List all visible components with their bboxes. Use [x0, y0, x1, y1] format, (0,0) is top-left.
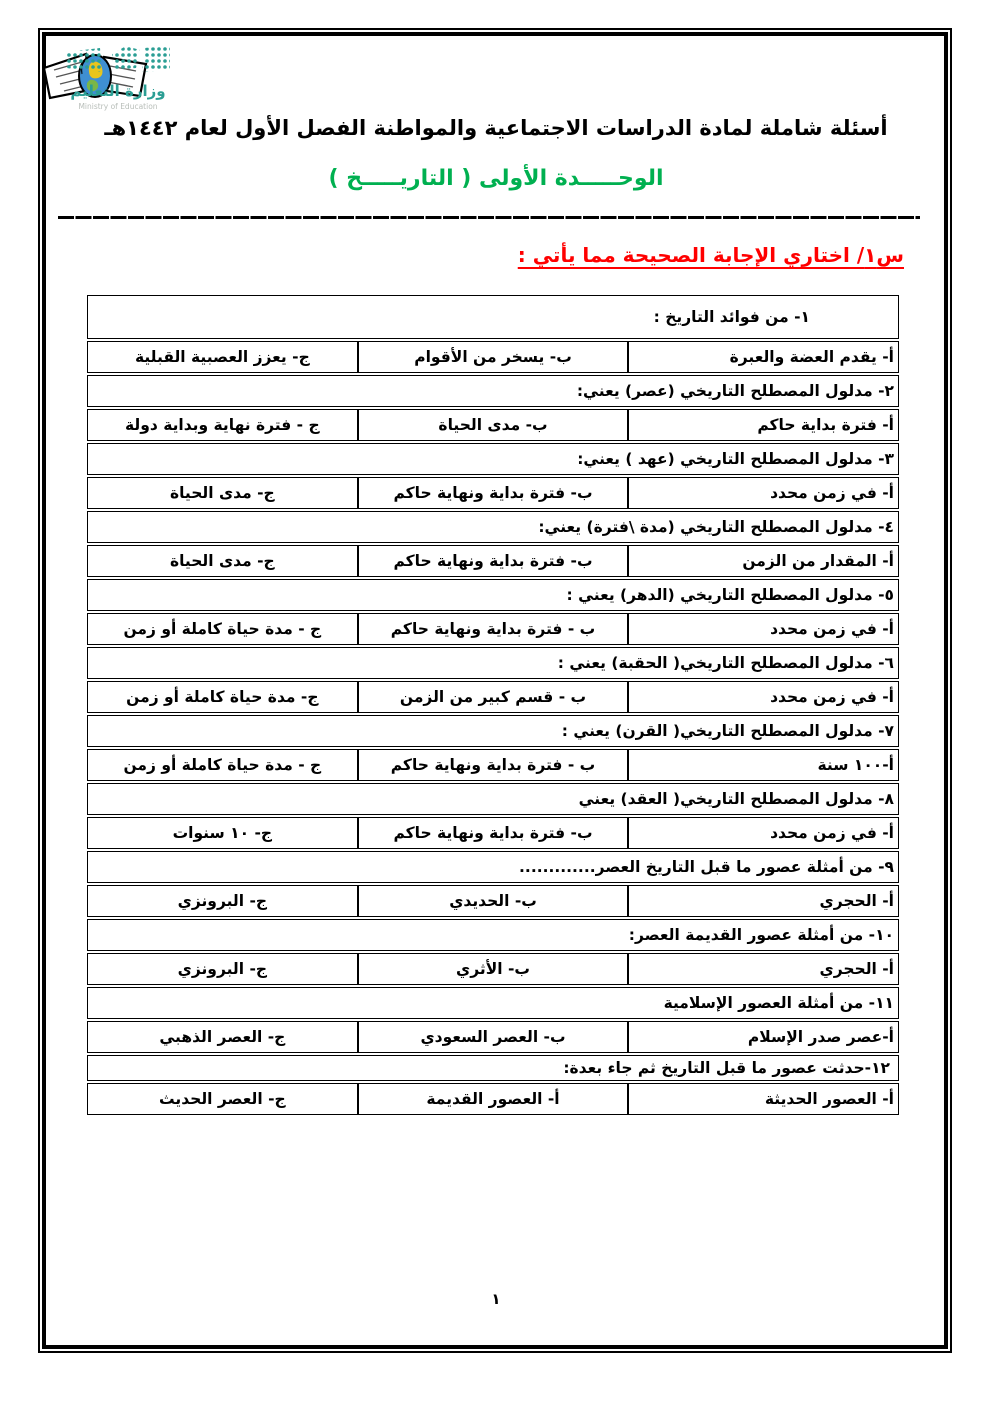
question-row: ١١- من أمثلة العصور الإسلامية	[87, 987, 899, 1019]
question-1-text: ١- من فوائد التاريخ :	[87, 295, 899, 339]
question-2-option-b: ب- مدى الحياة	[358, 409, 629, 441]
options-row: أ- في زمن محددب - فترة بداية ونهاية حاكم…	[87, 613, 899, 645]
question-section-heading: س١/ اختاري الإجابة الصحيحة مما يأتي :	[518, 243, 904, 267]
options-row: أ- الحجريب- الحديديج- البرونزي	[87, 885, 899, 917]
question-5-option-b: ب - فترة بداية ونهاية حاكم	[358, 613, 629, 645]
question-11-option-a: أ-عصر صدر الإسلام	[628, 1021, 899, 1053]
question-4-text: ٤- مدلول المصطلح التاريخي (مدة \فترة) يع…	[87, 511, 899, 543]
question-9-text: ٩- من أمثلة عصور ما قبل التاريخ العصر...…	[87, 851, 899, 883]
question-3-option-b: ب- فترة بداية ونهاية حاكم	[358, 477, 629, 509]
question-6-option-b: ب - قسم كبير من الزمن	[358, 681, 629, 713]
question-8-option-c: ج- ١٠ سنوات	[87, 817, 358, 849]
question-12-option-c: ج- العصر الحديث	[87, 1083, 358, 1115]
question-1-option-b: ب- يسخر من الأقوام	[358, 341, 629, 373]
options-row: أ-١٠٠ سنةب - فترة بداية ونهاية حاكمج - م…	[87, 749, 899, 781]
question-3-option-c: ج- مدى الحياة	[87, 477, 358, 509]
question-1-option-a: أ- يقدم العضة والعبرة	[628, 341, 899, 373]
ministry-logo: وزارة التعليم Ministry of Education	[58, 46, 178, 111]
question-9-option-a: أ- الحجري	[628, 885, 899, 917]
question-9-option-c: ج- البرونزي	[87, 885, 358, 917]
question-11-text: ١١- من أمثلة العصور الإسلامية	[87, 987, 899, 1019]
options-row: أ- المقدار من الزمنب- فترة بداية ونهاية …	[87, 545, 899, 577]
question-8-text: ٨- مدلول المصطلح التاريخي( العقد) يعني	[87, 783, 899, 815]
question-row: ٢- مدلول المصطلح التاريخي (عصر) يعني:	[87, 375, 899, 407]
question-11-option-b: ب- العصر السعودي	[358, 1021, 629, 1053]
question-row: ٧- مدلول المصطلح التاريخي( القرن) يعني :	[87, 715, 899, 747]
question-2-text: ٢- مدلول المصطلح التاريخي (عصر) يعني:	[87, 375, 899, 407]
question-row: ٦- مدلول المصطلح التاريخي( الحقبة) يعني …	[87, 647, 899, 679]
questions-table: ١- من فوائد التاريخ :أ- يقدم العضة والعب…	[87, 293, 899, 1117]
question-5-option-c: ج - مدة حياة كاملة أو زمن	[87, 613, 358, 645]
document-title: أسئلة شاملة لمادة الدراسات الاجتماعية وا…	[0, 116, 992, 140]
question-11-option-c: ج- العصر الذهبي	[87, 1021, 358, 1053]
question-row: ١٢-حدثت عصور ما قبل التاريخ ثم جاء بعدة:	[87, 1055, 899, 1081]
question-row: ١- من فوائد التاريخ :	[87, 295, 899, 339]
question-12-option-b: أ- العصور القديمة	[358, 1083, 629, 1115]
question-4-option-a: أ- المقدار من الزمن	[628, 545, 899, 577]
question-1-option-c: ج- يعزز العصبية القبلية	[87, 341, 358, 373]
question-7-option-b: ب - فترة بداية ونهاية حاكم	[358, 749, 629, 781]
question-6-option-a: أ- في زمن محدد	[628, 681, 899, 713]
question-12-text: ١٢-حدثت عصور ما قبل التاريخ ثم جاء بعدة:	[87, 1055, 899, 1081]
question-4-option-b: ب- فترة بداية ونهاية حاكم	[358, 545, 629, 577]
question-10-option-c: ج- البرونزي	[87, 953, 358, 985]
question-row: ٨- مدلول المصطلح التاريخي( العقد) يعني	[87, 783, 899, 815]
question-12-option-a: أ- العصور الحديثة	[628, 1083, 899, 1115]
question-8-option-a: أ- في زمن محدد	[628, 817, 899, 849]
question-row: ١٠- من أمثلة عصور القديمة العصر:	[87, 919, 899, 951]
question-3-text: ٣- مدلول المصطلح التاريخي (عهد ) يعني:	[87, 443, 899, 475]
options-row: أ- في زمن محددب- فترة بداية ونهاية حاكمج…	[87, 477, 899, 509]
ministry-name-arabic: وزارة التعليم	[58, 82, 178, 100]
ministry-name-english: Ministry of Education	[58, 102, 178, 111]
page-number: ١	[0, 1290, 992, 1308]
header-divider-line	[58, 216, 920, 219]
question-6-text: ٦- مدلول المصطلح التاريخي( الحقبة) يعني …	[87, 647, 899, 679]
options-row: أ- في زمن محددب- فترة بداية ونهاية حاكمج…	[87, 817, 899, 849]
question-row: ٣- مدلول المصطلح التاريخي (عهد ) يعني:	[87, 443, 899, 475]
question-9-option-b: ب- الحديدي	[358, 885, 629, 917]
options-row: أ- يقدم العضة والعبرةب- يسخر من الأقوامج…	[87, 341, 899, 373]
question-3-option-a: أ- في زمن محدد	[628, 477, 899, 509]
exam-page: وزارة التعليم Ministry of Education أسئل…	[0, 0, 992, 1403]
question-10-option-b: ب- الأثري	[358, 953, 629, 985]
question-8-option-b: ب- فترة بداية ونهاية حاكم	[358, 817, 629, 849]
question-5-text: ٥- مدلول المصطلح التاريخي (الدهر) يعني :	[87, 579, 899, 611]
question-2-option-a: أ- فترة بداية حاكم	[628, 409, 899, 441]
question-7-option-c: ج - مدة حياة كاملة أو زمن	[87, 749, 358, 781]
question-5-option-a: أ- في زمن محدد	[628, 613, 899, 645]
options-row: أ- في زمن محددب - قسم كبير من الزمنج- مد…	[87, 681, 899, 713]
options-row: أ- العصور الحديثةأ- العصور القديمةج- الع…	[87, 1083, 899, 1115]
unit-subtitle: الوحـــــدة الأولى ( التاريـــــخ )	[0, 166, 992, 191]
options-row: أ-عصر صدر الإسلامب- العصر السعوديج- العص…	[87, 1021, 899, 1053]
question-10-option-a: أ- الحجري	[628, 953, 899, 985]
question-10-text: ١٠- من أمثلة عصور القديمة العصر:	[87, 919, 899, 951]
question-2-option-c: ج - فترة نهاية وبداية دولة	[87, 409, 358, 441]
question-6-option-c: ج- مدة حياة كاملة أو زمن	[87, 681, 358, 713]
ministry-logo-icon	[66, 46, 170, 78]
options-row: أ- فترة بداية حاكمب- مدى الحياةج - فترة …	[87, 409, 899, 441]
options-row: أ- الحجريب- الأثريج- البرونزي	[87, 953, 899, 985]
question-row: ٩- من أمثلة عصور ما قبل التاريخ العصر...…	[87, 851, 899, 883]
question-row: ٥- مدلول المصطلح التاريخي (الدهر) يعني :	[87, 579, 899, 611]
question-4-option-c: ج- مدى الحياة	[87, 545, 358, 577]
question-7-text: ٧- مدلول المصطلح التاريخي( القرن) يعني :	[87, 715, 899, 747]
question-7-option-a: أ-١٠٠ سنة	[628, 749, 899, 781]
question-row: ٤- مدلول المصطلح التاريخي (مدة \فترة) يع…	[87, 511, 899, 543]
